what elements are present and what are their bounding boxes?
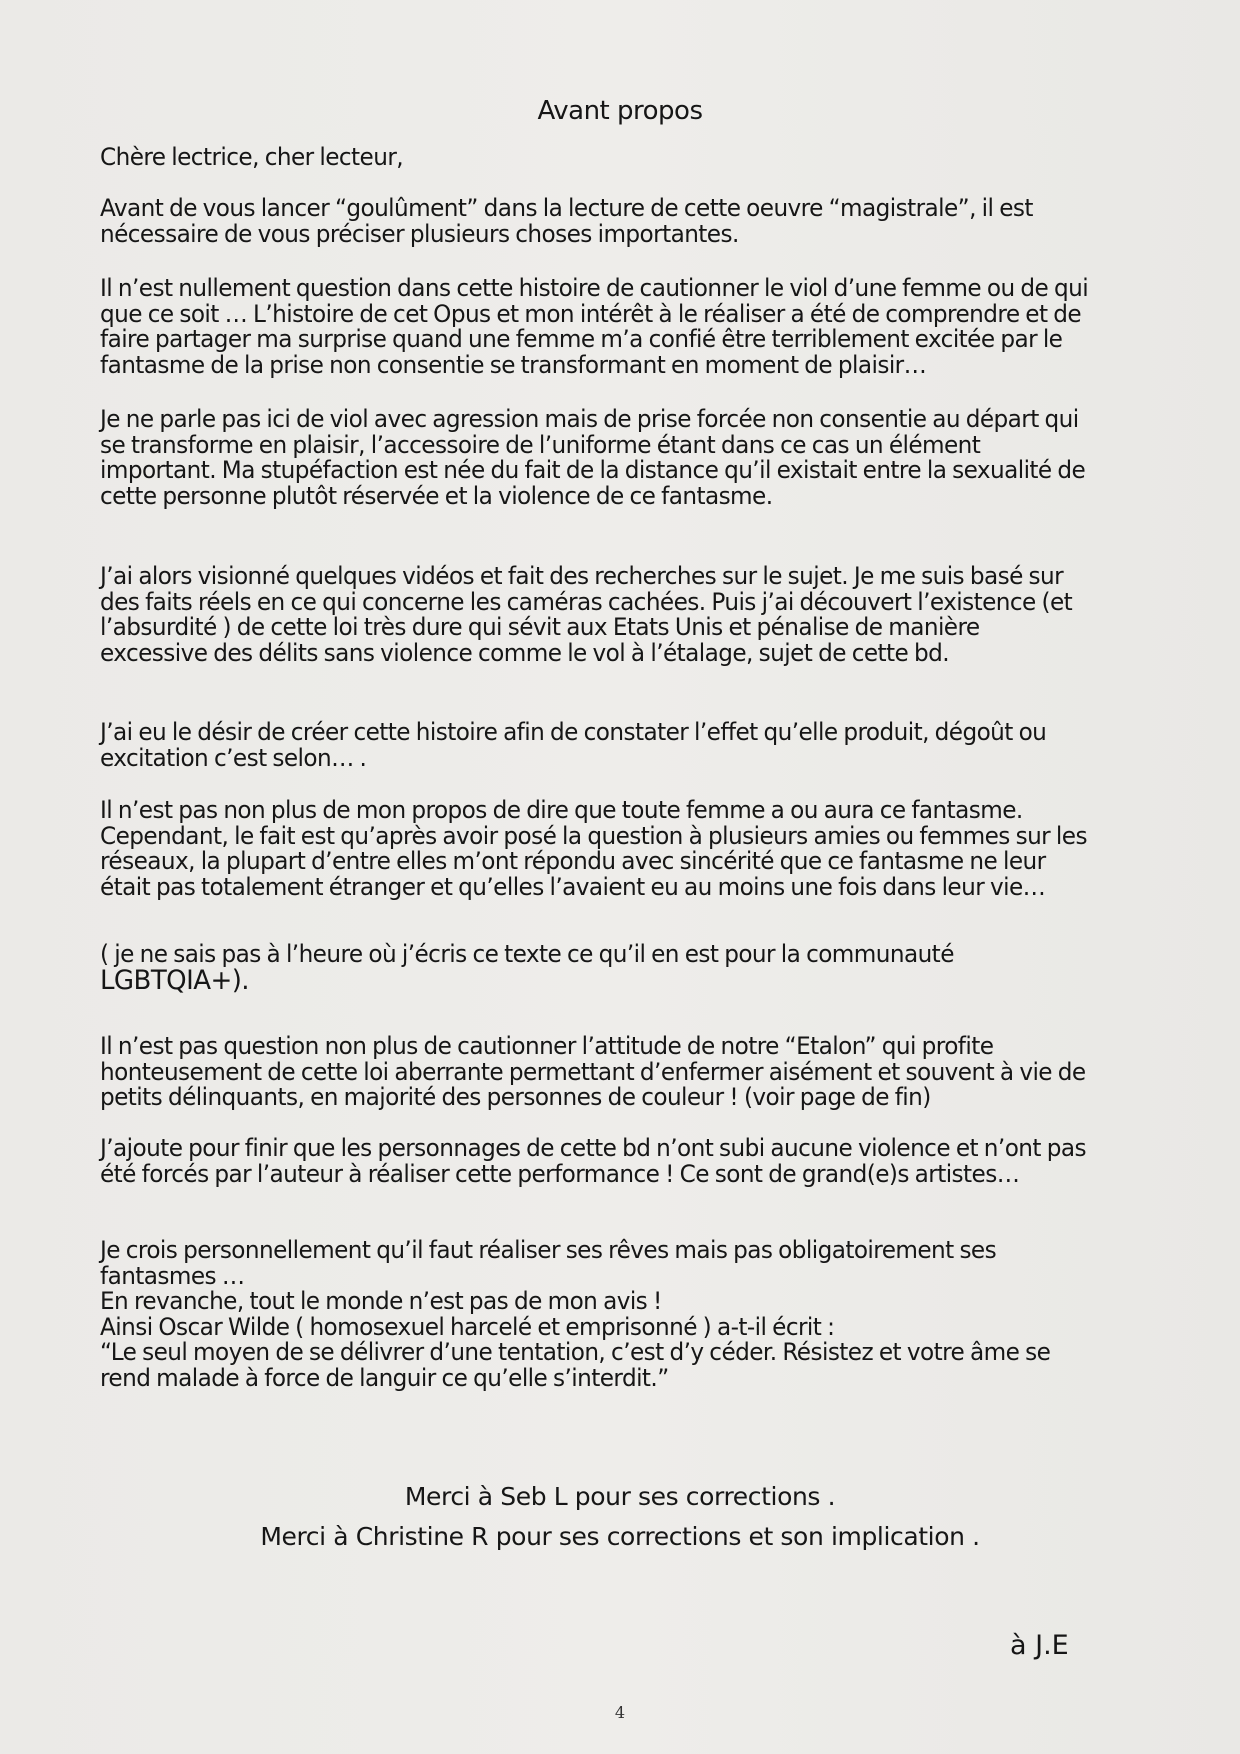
greeting: Chère lectrice, cher lecteur,: [100, 145, 1092, 171]
paragraph-not-all-women: Il n’est pas non plus de mon propos de d…: [100, 798, 1092, 900]
page-title: Avant propos: [0, 96, 1240, 126]
paragraph-closing: Je crois personnellement qu’il faut réal…: [100, 1238, 1092, 1391]
paragraph-community-note: ( je ne sais pas à l’heure où j’écris ce…: [100, 942, 1092, 993]
community-acronym: LGBTQIA+).: [100, 968, 1092, 994]
community-note-text: ( je ne sais pas à l’heure où j’écris ce…: [100, 942, 1092, 968]
paragraph-no-endorsement: Il n’est nullement question dans cette h…: [100, 276, 1092, 378]
document-page: Avant propos Chère lectrice, cher lecteu…: [0, 0, 1240, 1754]
thanks-christine: Merci à Christine R pour ses corrections…: [0, 1522, 1240, 1551]
closing-wilde-intro: Ainsi Oscar Wilde ( homosexuel harcelé e…: [100, 1315, 1092, 1341]
thanks-seb: Merci à Seb L pour ses corrections .: [0, 1482, 1240, 1511]
dedication: à J.E: [1010, 1630, 1069, 1661]
page-number: 4: [0, 1703, 1240, 1722]
paragraph-etalon: Il n’est pas question non plus de cautio…: [100, 1034, 1092, 1111]
paragraph-desire: J’ai eu le désir de créer cette histoire…: [100, 720, 1092, 771]
closing-however: En revanche, tout le monde n’est pas de …: [100, 1289, 1092, 1315]
paragraph-research: J’ai alors visionné quelques vidéos et f…: [100, 564, 1092, 666]
closing-dreams: Je crois personnellement qu’il faut réal…: [100, 1238, 1092, 1289]
wilde-quote: “Le seul moyen de se délivrer d’une tent…: [100, 1340, 1092, 1391]
paragraph-intro: Avant de vous lancer “goulûment” dans la…: [100, 196, 1092, 247]
paragraph-characters: J’ajoute pour finir que les personnages …: [100, 1136, 1092, 1187]
paragraph-clarification: Je ne parle pas ici de viol avec agressi…: [100, 407, 1092, 509]
